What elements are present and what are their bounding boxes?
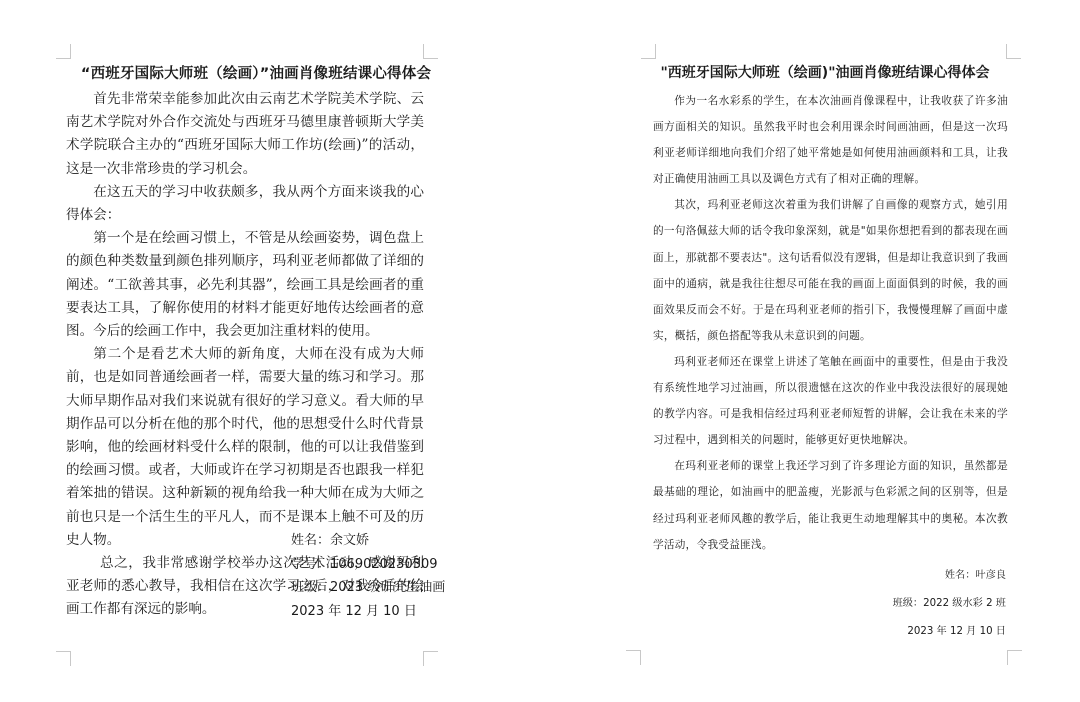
margin-mark-top-right bbox=[1006, 44, 1021, 59]
document-title: “西班牙国际大师班（绘画）”油画肖像班结课心得体会 bbox=[66, 62, 446, 83]
right-page: "西班牙国际大师班（绘画)"油画肖像班结课心得体会 作为一名水彩系的学生，在本次… bbox=[540, 0, 1080, 702]
date: 2023 年 12 月 10 日 bbox=[893, 618, 1006, 646]
margin-mark-bottom-right bbox=[1007, 650, 1022, 665]
paragraph: 第一个是在绘画习惯上，不管是从绘画姿势，调色盘上的颜色种类数量到颜色排列顺序，玛… bbox=[66, 227, 424, 343]
margin-mark-bottom-left bbox=[56, 651, 71, 666]
document-title: "西班牙国际大师班（绘画)"油画肖像班结课心得体会 bbox=[650, 62, 1000, 82]
class-info: 班级：2022 级水彩 2 班 bbox=[893, 590, 1006, 618]
paragraph: 玛利亚老师还在课堂上讲述了笔触在画面中的重要性，但是由于我没有系统性地学习过油画… bbox=[653, 349, 1008, 453]
margin-mark-bottom-right bbox=[423, 651, 438, 666]
date: 2023 年 12 月 10 日 bbox=[291, 600, 445, 624]
paragraph: 其次，玛利亚老师这次着重为我们讲解了自画像的观察方式，她引用的一句洛佩兹大师的话… bbox=[653, 192, 1008, 349]
margin-mark-top-left bbox=[56, 44, 71, 59]
paragraph: 首先非常荣幸能参加此次由云南艺术学院美术学院、云南艺术学院对外合作交流处与西班牙… bbox=[66, 88, 424, 181]
margin-mark-bottom-left bbox=[626, 650, 641, 665]
student-id: 学号：1069020230309 bbox=[291, 553, 445, 577]
paragraph: 第二个是看艺术大师的新角度，大师在没有成为大师前，也是如同普通绘画者一样，需要大… bbox=[66, 343, 424, 552]
paragraph: 在这五天的学习中收获颇多，我从两个方面来谈我的心得体会： bbox=[66, 181, 424, 227]
margin-mark-top-left bbox=[641, 44, 656, 59]
signature-block: 姓名：余文娇 学号：1069020230309 班级：2023 级研究生油画 2… bbox=[291, 529, 445, 623]
document-body: 作为一名水彩系的学生，在本次油画肖像课程中，让我收获了许多油画方面相关的知识。虽… bbox=[653, 88, 1008, 558]
author-name: 姓名：叶彦良 bbox=[893, 562, 1006, 590]
signature-block: 姓名：叶彦良 班级：2022 级水彩 2 班 2023 年 12 月 10 日 bbox=[893, 562, 1006, 646]
paragraph: 作为一名水彩系的学生，在本次油画肖像课程中，让我收获了许多油画方面相关的知识。虽… bbox=[653, 88, 1008, 192]
author-name: 姓名：余文娇 bbox=[291, 529, 445, 553]
class-info: 班级：2023 级研究生油画 bbox=[291, 576, 445, 600]
left-page: “西班牙国际大师班（绘画）”油画肖像班结课心得体会 首先非常荣幸能参加此次由云南… bbox=[0, 0, 540, 702]
paragraph: 在玛利亚老师的课堂上我还学习到了许多理论方面的知识，虽然都是最基础的理论，如油画… bbox=[653, 453, 1008, 557]
margin-mark-top-right bbox=[423, 44, 438, 59]
